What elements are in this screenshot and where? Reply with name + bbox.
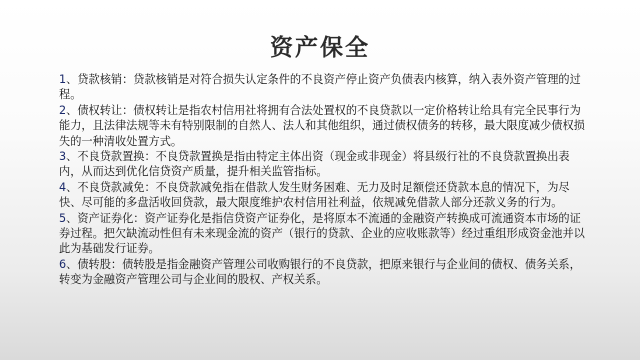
list-item-write-off: 1、贷款核销：贷款核销是对符合损失认定条件的不良资产停止资产负债表内核算，纳入表… (59, 72, 589, 103)
slide-body: 1、贷款核销：贷款核销是对符合损失认定条件的不良资产停止资产负债表内核算，纳入表… (59, 72, 589, 288)
item-text: 、贷款核销：贷款核销是对符合损失认定条件的不良资产停止资产负债表内核算，纳入表外… (59, 73, 581, 101)
slide-title: 资产保全 (0, 33, 640, 63)
item-text: 、不良贷款减免：不良贷款减免指在借款人发生财务困难、无力及时足额偿还贷款本息的情… (59, 181, 570, 209)
list-item-loan-replacement: 3、不良贷款置换：不良贷款置换是指由特定主体出资（现金或非现金）将县级行社的不良… (59, 149, 589, 180)
item-text: 、债权转让：债权转让是指农村信用社将拥有合法处置权的不良贷款以一定价格转让给具有… (59, 104, 585, 148)
item-text: 、债转股：债转股是指金融资产管理公司收购银行的不良贷款，把原来银行与企业间的债权… (59, 258, 581, 286)
list-item-loan-reduction: 4、不良贷款减免：不良贷款减免指在借款人发生财务困难、无力及时足额偿还贷款本息的… (59, 180, 589, 211)
item-text: 、不良贷款置换：不良贷款置换是指由特定主体出资（现金或非现金）将县级行社的不良贷… (59, 150, 570, 178)
list-item-debt-transfer: 2、债权转让：债权转让是指农村信用社将拥有合法处置权的不良贷款以一定价格转让给具… (59, 103, 589, 149)
item-text: 、资产证券化：资产证券化是指信贷资产证券化，是将原本不流通的金融资产转换成可流通… (59, 212, 585, 256)
list-item-debt-equity-swap: 6、债转股：债转股是指金融资产管理公司收购银行的不良贷款，把原来银行与企业间的债… (59, 257, 589, 288)
slide: 资产保全 1、贷款核销：贷款核销是对符合损失认定条件的不良资产停止资产负债表内核… (0, 0, 640, 360)
list-item-securitization: 5、资产证券化：资产证券化是指信贷资产证券化，是将原本不流通的金融资产转换成可流… (59, 211, 589, 257)
